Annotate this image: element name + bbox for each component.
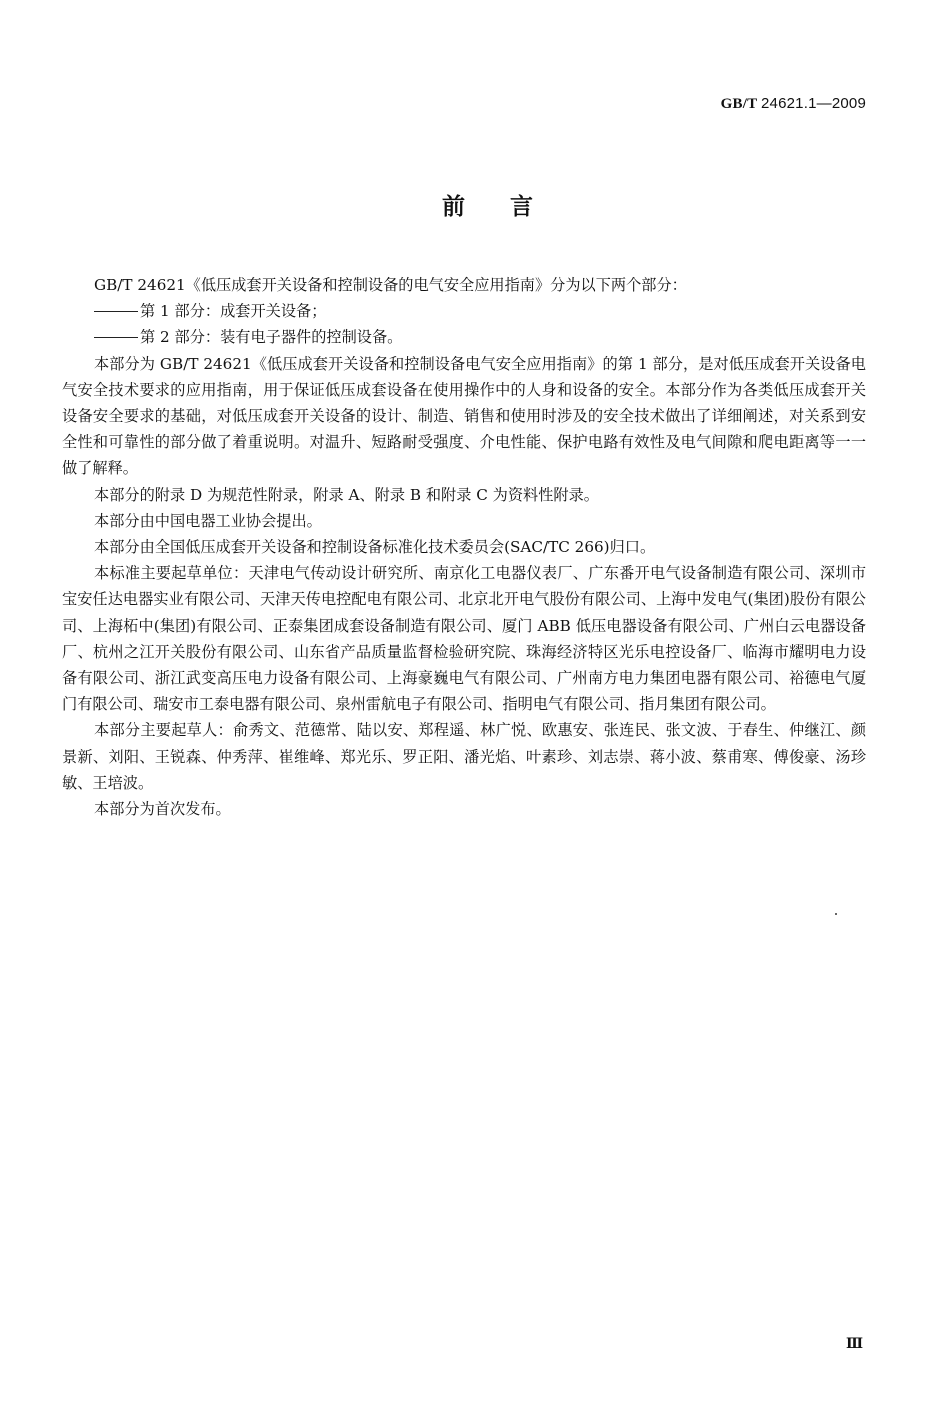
part-list-item: 第 2 部分：装有电子器件的控制设备。 <box>94 324 866 350</box>
foreword-body: GB/T 24621《低压成套开关设备和控制设备的电气安全应用指南》分为以下两个… <box>62 272 866 822</box>
standard-code-header: GB/T 24621.1—2009 <box>721 95 866 113</box>
drafting-units-paragraph: 本标准主要起草单位：天津电气传动设计研究所、南京化工电器仪表厂、广东番开电气设备… <box>62 560 866 717</box>
page-title: 前言 <box>0 188 950 221</box>
drafters-paragraph: 本部分主要起草人：俞秀文、范德常、陆以安、郑程遥、林广悦、欧惠安、张连民、张文波… <box>62 717 866 796</box>
proposer-paragraph: 本部分由中国电器工业协会提出。 <box>62 508 866 534</box>
standard-prefix: GB/T <box>721 96 757 112</box>
part-list-item: 第 1 部分：成套开关设备； <box>94 298 866 324</box>
intro-lead: GB/T 24621《低压成套开关设备和控制设备的电气安全应用指南》分为以下两个… <box>62 272 866 298</box>
page-number: Ⅲ <box>846 1336 862 1353</box>
standard-number: 24621.1—2009 <box>761 95 866 112</box>
em-dash-rule <box>94 337 138 338</box>
annex-paragraph: 本部分的附录 D 为规范性附录，附录 A、附录 B 和附录 C 为资料性附录。 <box>62 482 866 508</box>
scan-speck <box>835 913 837 915</box>
em-dash-rule <box>94 311 138 312</box>
scope-paragraph: 本部分为 GB/T 24621《低压成套开关设备和控制设备电气安全应用指南》的第… <box>62 351 866 482</box>
committee-paragraph: 本部分由全国低压成套开关设备和控制设备标准化技术委员会(SAC/TC 266)归… <box>62 534 866 560</box>
first-release-paragraph: 本部分为首次发布。 <box>62 796 866 822</box>
